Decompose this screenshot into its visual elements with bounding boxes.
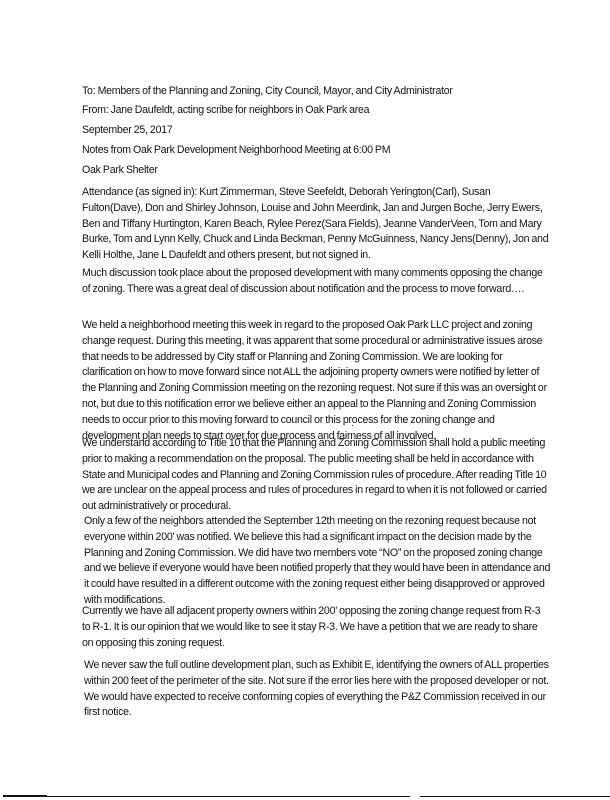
memo-date: September 25, 2017 bbox=[82, 123, 173, 137]
body-paragraph-2: We held a neighborhood meeting this week… bbox=[82, 318, 550, 444]
memo-from-line: From: Jane Daufeldt, acting scribe for n… bbox=[82, 103, 369, 117]
body-paragraph-5: Currently we have all adjacent property … bbox=[82, 604, 550, 651]
scan-edge-line bbox=[3, 796, 410, 797]
body-paragraph-6: We never saw the full outline developmen… bbox=[82, 658, 552, 721]
scan-speck bbox=[352, 425, 353, 426]
scan-edge-line bbox=[420, 796, 610, 797]
body-paragraph-4: Only a few of the neighbors attended the… bbox=[82, 514, 552, 609]
scan-edge-mark bbox=[3, 795, 47, 797]
memo-subject: Notes from Oak Park Development Neighbor… bbox=[82, 143, 390, 157]
memo-to-line: To: Members of the Planning and Zoning, … bbox=[82, 84, 453, 98]
memo-location: Oak Park Shelter bbox=[82, 163, 158, 177]
scan-speck bbox=[518, 443, 519, 444]
attendance-paragraph: Attendance (as signed in): Kurt Zimmerma… bbox=[82, 185, 550, 264]
body-paragraph-1: Much discussion took place about the pro… bbox=[82, 266, 550, 298]
body-paragraph-3: We understand according to Title 10 that… bbox=[82, 436, 550, 515]
